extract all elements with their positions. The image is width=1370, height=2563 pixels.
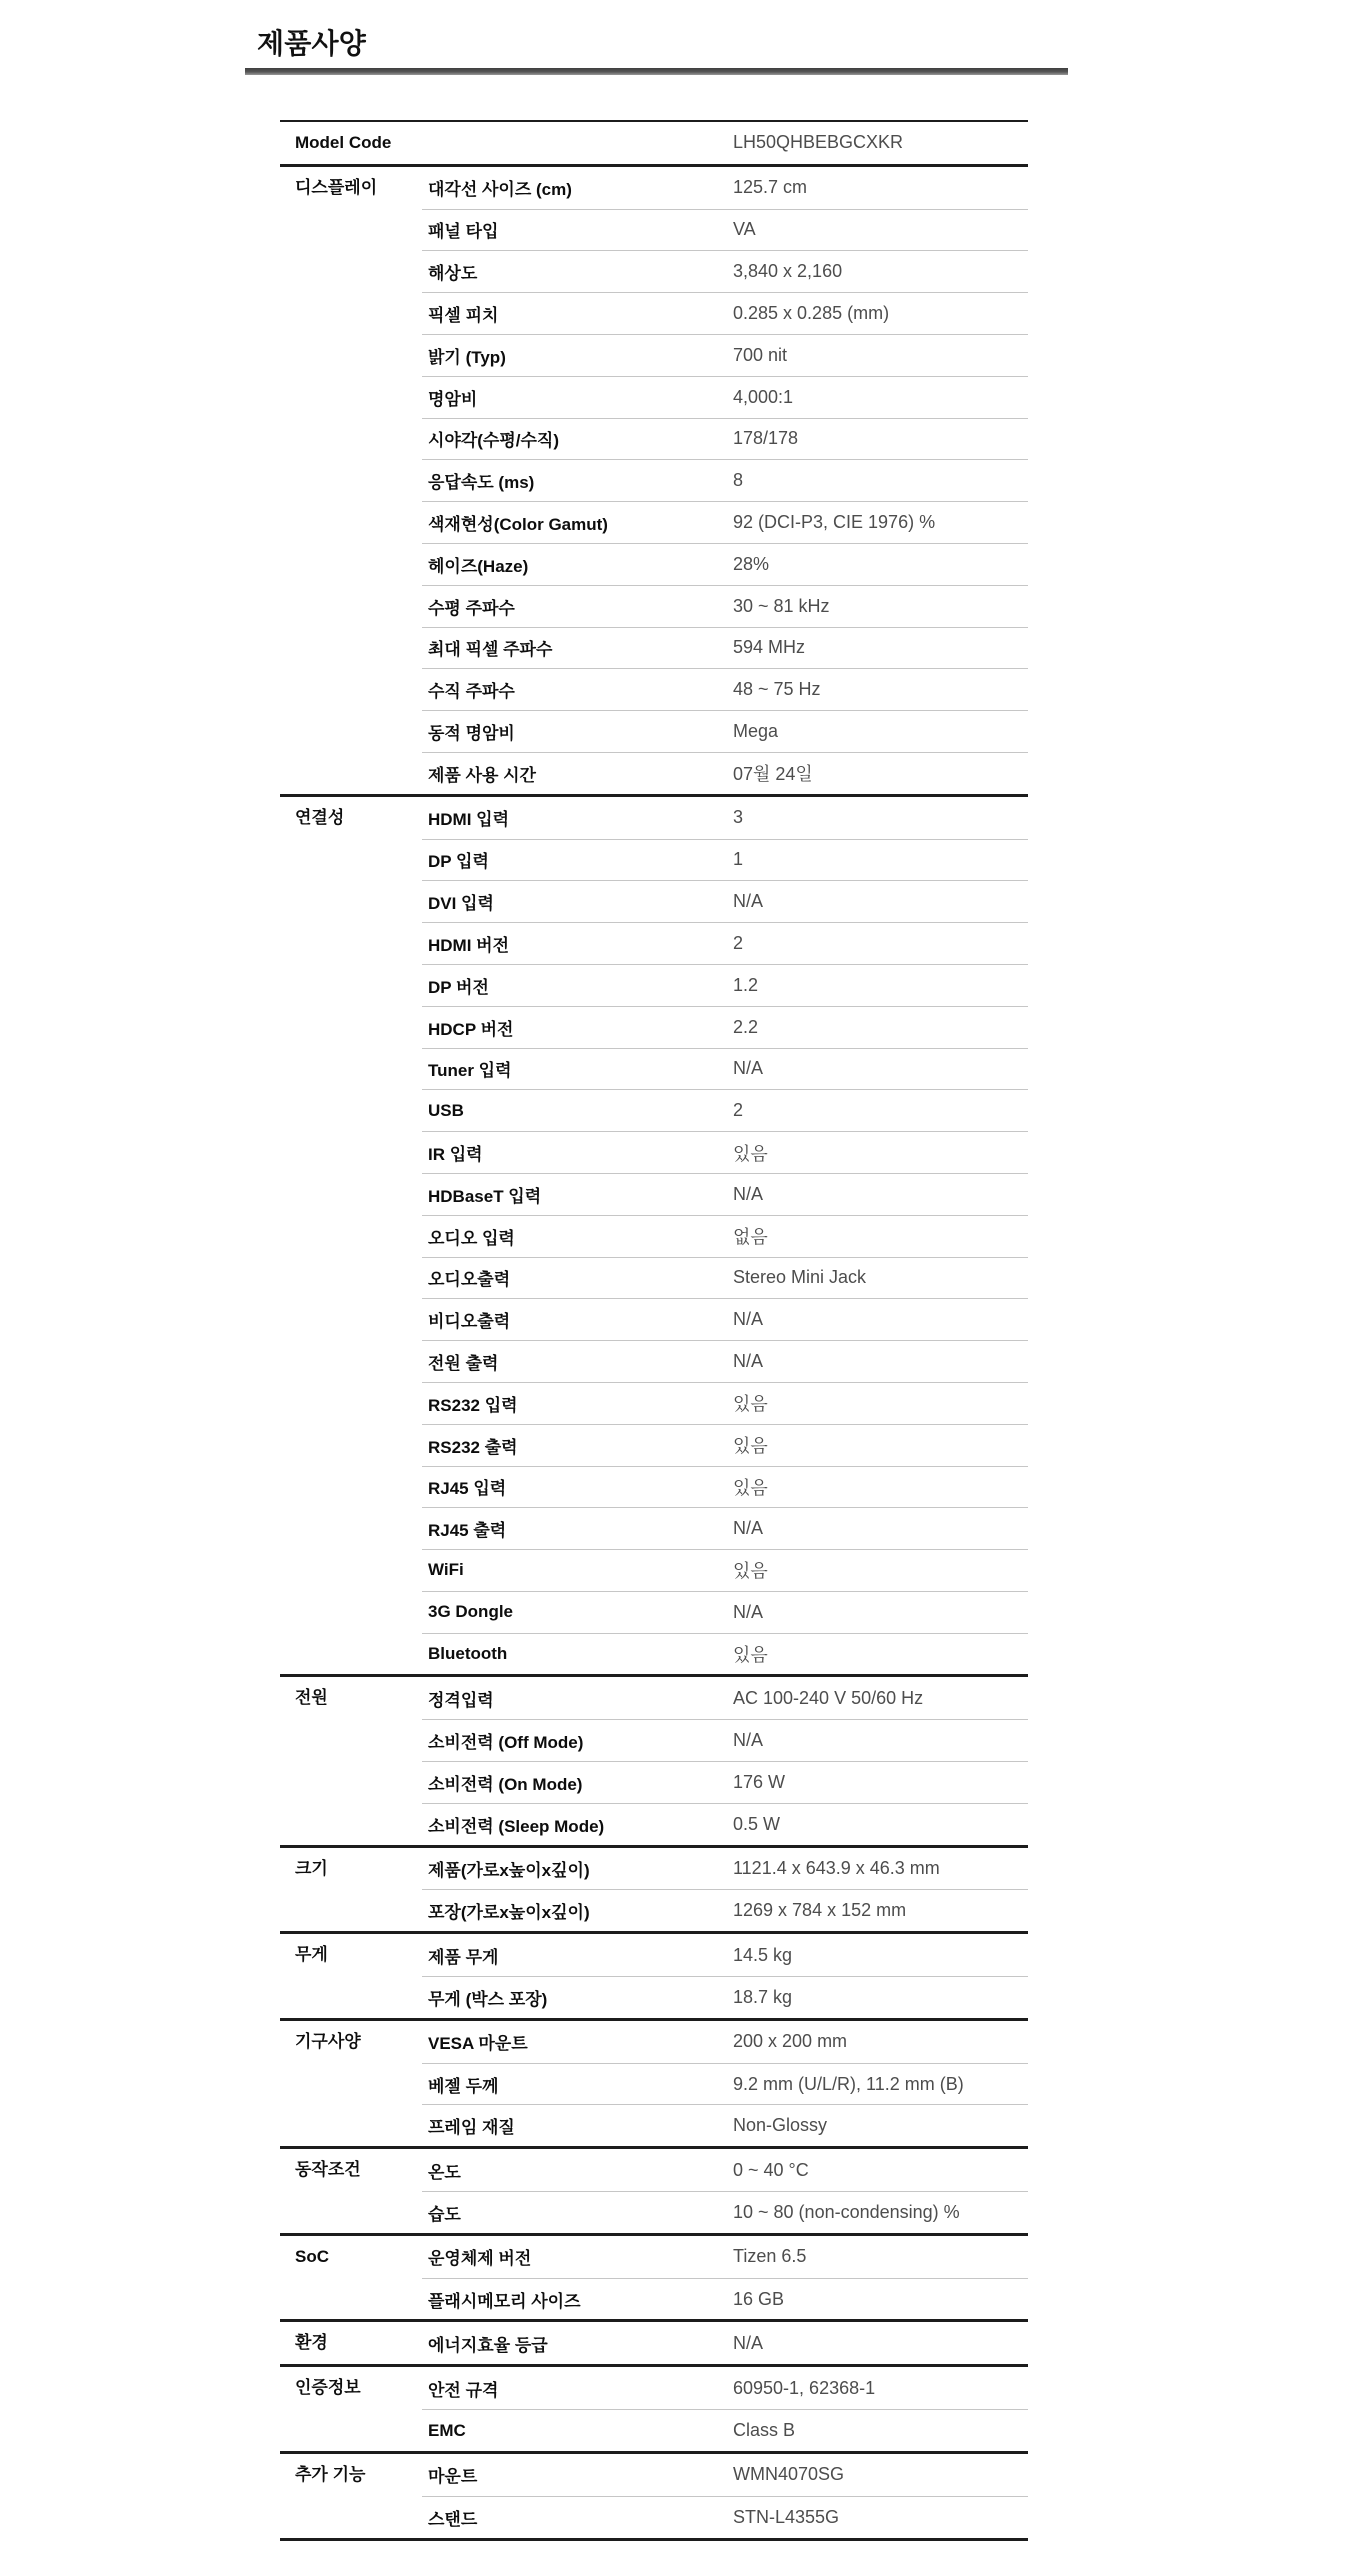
model-code-label: Model Code: [280, 133, 733, 153]
spec-label: 헤이즈(Haze): [422, 552, 733, 577]
spec-row: 패널 타입 VA: [422, 209, 1028, 251]
spec-section: 전원 정격입력 AC 100-240 V 50/60 Hz 소비전력 (Off …: [280, 1674, 1028, 1844]
spec-value: VA: [733, 219, 756, 240]
spec-value: N/A: [733, 1518, 763, 1539]
spec-label: 포장(가로x높이x깊이): [422, 1898, 733, 1923]
spec-label: 시야각(수평/수직): [422, 426, 733, 451]
section-rows: 에너지효율 등급 N/A: [422, 2322, 1028, 2364]
spec-value: 178/178: [733, 428, 798, 449]
spec-value: 176 W: [733, 1772, 785, 1793]
spec-row: 동적 명암비 Mega: [422, 710, 1028, 752]
spec-label: 3G Dongle: [422, 1602, 733, 1622]
spec-row: 수평 주파수 30 ~ 81 kHz: [422, 585, 1028, 627]
spec-label: 플래시메모리 사이즈: [422, 2287, 733, 2312]
spec-value: AC 100-240 V 50/60 Hz: [733, 1688, 923, 1709]
spec-row: 에너지효율 등급 N/A: [422, 2322, 1028, 2364]
spec-value: 1: [733, 849, 743, 870]
spec-label: RJ45 입력: [422, 1474, 733, 1499]
spec-label: 오디오출력: [422, 1265, 733, 1290]
spec-table: Model Code LH50QHBEBGCXKR 디스플레이 대각선 사이즈 …: [280, 120, 1028, 2541]
spec-label: RJ45 출력: [422, 1516, 733, 1541]
spec-value: 2: [733, 933, 743, 954]
section-category: 인증정보: [280, 2367, 422, 2451]
spec-label: 안전 규격: [422, 2376, 733, 2401]
section-category: 동작조건: [280, 2149, 422, 2233]
spec-row: 명암비 4,000:1: [422, 376, 1028, 418]
spec-value: 3,840 x 2,160: [733, 261, 842, 282]
section-category: 추가 기능: [280, 2454, 422, 2538]
spec-section: 추가 기능 마운트 WMN4070SG 스탠드 STN-L4355G: [280, 2451, 1028, 2538]
spec-row: DP 버전 1.2: [422, 964, 1028, 1006]
spec-label: 스탠드: [422, 2505, 733, 2530]
spec-row: 시야각(수평/수직) 178/178: [422, 418, 1028, 460]
spec-label: RS232 출력: [422, 1433, 733, 1458]
spec-label: 전원 출력: [422, 1349, 733, 1374]
spec-label: DP 버전: [422, 973, 733, 998]
section-category: 연결성: [280, 797, 422, 1675]
spec-label: 소비전력 (On Mode): [422, 1770, 733, 1795]
spec-row: HDCP 버전 2.2: [422, 1006, 1028, 1048]
spec-label: 무게 (박스 포장): [422, 1985, 733, 2010]
spec-value: 없음: [733, 1223, 768, 1249]
spec-row: 오디오출력 Stereo Mini Jack: [422, 1257, 1028, 1299]
spec-label: 비디오출력: [422, 1307, 733, 1332]
page-title: 제품사양: [257, 28, 366, 60]
spec-row: EMC Class B: [422, 2409, 1028, 2451]
model-code-row: Model Code LH50QHBEBGCXKR: [280, 122, 1028, 164]
section-rows: HDMI 입력 3 DP 입력 1 DVI 입력 N/A HDMI 버전 2 D…: [422, 797, 1028, 1675]
spec-label: 패널 타입: [422, 217, 733, 242]
spec-value: 0 ~ 40 °C: [733, 2160, 809, 2181]
spec-row: 소비전력 (On Mode) 176 W: [422, 1761, 1028, 1803]
spec-row: 픽셀 피치 0.285 x 0.285 (mm): [422, 292, 1028, 334]
spec-label: 운영체제 버전: [422, 2244, 733, 2269]
spec-value: Mega: [733, 721, 778, 742]
spec-label: HDMI 버전: [422, 931, 733, 956]
section-rows: 대각선 사이즈 (cm) 125.7 cm 패널 타입 VA 해상도 3,840…: [422, 167, 1028, 794]
spec-row: RJ45 출력 N/A: [422, 1507, 1028, 1549]
spec-row: 마운트 WMN4070SG: [422, 2454, 1028, 2496]
spec-label: 수평 주파수: [422, 594, 733, 619]
spec-row: 제품 무게 14.5 kg: [422, 1934, 1028, 1976]
spec-row: 헤이즈(Haze) 28%: [422, 543, 1028, 585]
spec-section: 인증정보 안전 규격 60950-1, 62368-1 EMC Class B: [280, 2364, 1028, 2451]
spec-row: 안전 규격 60950-1, 62368-1: [422, 2367, 1028, 2409]
spec-value: 200 x 200 mm: [733, 2031, 847, 2052]
spec-sections: 디스플레이 대각선 사이즈 (cm) 125.7 cm 패널 타입 VA 해상도…: [280, 164, 1028, 2538]
spec-value: N/A: [733, 1602, 763, 1623]
spec-label: 제품(가로x높이x깊이): [422, 1856, 733, 1881]
section-rows: VESA 마운트 200 x 200 mm 베젤 두께 9.2 mm (U/L/…: [422, 2021, 1028, 2146]
spec-label: DVI 입력: [422, 889, 733, 914]
spec-value: 1.2: [733, 975, 758, 996]
spec-value: 2.2: [733, 1017, 758, 1038]
spec-row: 수직 주파수 48 ~ 75 Hz: [422, 668, 1028, 710]
model-code-value: LH50QHBEBGCXKR: [733, 132, 903, 153]
spec-row: 밝기 (Typ) 700 nit: [422, 334, 1028, 376]
spec-label: Bluetooth: [422, 1644, 733, 1664]
spec-label: 프레임 재질: [422, 2113, 733, 2138]
spec-row: WiFi 있음: [422, 1549, 1028, 1591]
spec-label: HDBaseT 입력: [422, 1182, 733, 1207]
spec-row: 포장(가로x높이x깊이) 1269 x 784 x 152 mm: [422, 1889, 1028, 1931]
section-category: 디스플레이: [280, 167, 422, 794]
spec-value: 07월 24일: [733, 760, 813, 786]
section-rows: 마운트 WMN4070SG 스탠드 STN-L4355G: [422, 2454, 1028, 2538]
spec-section: 기구사양 VESA 마운트 200 x 200 mm 베젤 두께 9.2 mm …: [280, 2018, 1028, 2146]
spec-row: VESA 마운트 200 x 200 mm: [422, 2021, 1028, 2063]
spec-value: 92 (DCI-P3, CIE 1976) %: [733, 512, 935, 533]
spec-label: 소비전력 (Sleep Mode): [422, 1812, 733, 1837]
section-category: 전원: [280, 1677, 422, 1844]
spec-section: 디스플레이 대각선 사이즈 (cm) 125.7 cm 패널 타입 VA 해상도…: [280, 164, 1028, 794]
section-category: SoC: [280, 2236, 422, 2320]
spec-label: 에너지효율 등급: [422, 2331, 733, 2356]
spec-value: Class B: [733, 2420, 795, 2441]
spec-value: 48 ~ 75 Hz: [733, 679, 821, 700]
spec-section: 연결성 HDMI 입력 3 DP 입력 1 DVI 입력 N/A HDMI 버전…: [280, 794, 1028, 1675]
spec-label: USB: [422, 1101, 733, 1121]
spec-row: 플래시메모리 사이즈 16 GB: [422, 2278, 1028, 2320]
spec-value: 있음: [733, 1557, 768, 1583]
spec-label: 소비전력 (Off Mode): [422, 1728, 733, 1753]
spec-row: 소비전력 (Off Mode) N/A: [422, 1719, 1028, 1761]
spec-value: N/A: [733, 1309, 763, 1330]
spec-value: 18.7 kg: [733, 1987, 792, 2008]
spec-label: IR 입력: [422, 1140, 733, 1165]
spec-value: 4,000:1: [733, 387, 793, 408]
spec-value: 있음: [733, 1140, 768, 1166]
spec-row: 최대 픽셀 주파수 594 MHz: [422, 627, 1028, 669]
spec-label: VESA 마운트: [422, 2029, 733, 2054]
spec-row: 오디오 입력 없음: [422, 1215, 1028, 1257]
spec-row: 프레임 재질 Non-Glossy: [422, 2104, 1028, 2146]
spec-row: DP 입력 1: [422, 839, 1028, 881]
spec-value: 14.5 kg: [733, 1945, 792, 1966]
spec-label: 최대 픽셀 주파수: [422, 635, 733, 660]
section-category: 무게: [280, 1934, 422, 2018]
spec-row: DVI 입력 N/A: [422, 880, 1028, 922]
spec-label: HDCP 버전: [422, 1015, 733, 1040]
spec-row: 응답속도 (ms) 8: [422, 459, 1028, 501]
spec-label: 밝기 (Typ): [422, 343, 733, 368]
spec-value: 10 ~ 80 (non-condensing) %: [733, 2202, 960, 2223]
spec-row: 소비전력 (Sleep Mode) 0.5 W: [422, 1803, 1028, 1845]
spec-value: N/A: [733, 1730, 763, 1751]
spec-label: 습도: [422, 2200, 733, 2225]
spec-label: 제품 무게: [422, 1943, 733, 1968]
spec-row: 대각선 사이즈 (cm) 125.7 cm: [422, 167, 1028, 209]
spec-label: 명암비: [422, 385, 733, 410]
spec-row: 제품 사용 시간 07월 24일: [422, 752, 1028, 794]
spec-row: IR 입력 있음: [422, 1131, 1028, 1173]
spec-value: 700 nit: [733, 345, 787, 366]
spec-label: 수직 주파수: [422, 677, 733, 702]
spec-value: N/A: [733, 2333, 763, 2354]
section-rows: 제품(가로x높이x깊이) 1121.4 x 643.9 x 46.3 mm 포장…: [422, 1848, 1028, 1932]
spec-label: 응답속도 (ms): [422, 468, 733, 493]
spec-row: 전원 출력 N/A: [422, 1340, 1028, 1382]
section-category: 기구사양: [280, 2021, 422, 2146]
spec-value: Non-Glossy: [733, 2115, 827, 2136]
spec-label: 온도: [422, 2158, 733, 2183]
spec-row: 스탠드 STN-L4355G: [422, 2496, 1028, 2538]
spec-value: 1269 x 784 x 152 mm: [733, 1900, 906, 1921]
spec-row: 무게 (박스 포장) 18.7 kg: [422, 1976, 1028, 2018]
spec-value: 28%: [733, 554, 769, 575]
spec-label: 베젤 두께: [422, 2072, 733, 2097]
spec-value: 있음: [733, 1474, 768, 1500]
spec-row: 3G Dongle N/A: [422, 1591, 1028, 1633]
spec-value: N/A: [733, 1351, 763, 1372]
spec-label: WiFi: [422, 1560, 733, 1580]
section-category: 환경: [280, 2322, 422, 2364]
spec-row: RS232 입력 있음: [422, 1382, 1028, 1424]
spec-section: 크기 제품(가로x높이x깊이) 1121.4 x 643.9 x 46.3 mm…: [280, 1845, 1028, 1932]
section-rows: 정격입력 AC 100-240 V 50/60 Hz 소비전력 (Off Mod…: [422, 1677, 1028, 1844]
spec-value: N/A: [733, 1058, 763, 1079]
title-underline: [245, 68, 1068, 75]
spec-value: 2: [733, 1100, 743, 1121]
spec-value: 있음: [733, 1641, 768, 1667]
spec-value: 9.2 mm (U/L/R), 11.2 mm (B): [733, 2074, 964, 2095]
spec-value: 있음: [733, 1432, 768, 1458]
section-rows: 온도 0 ~ 40 °C 습도 10 ~ 80 (non-condensing)…: [422, 2149, 1028, 2233]
spec-value: N/A: [733, 1184, 763, 1205]
spec-label: 제품 사용 시간: [422, 761, 733, 786]
spec-section: 동작조건 온도 0 ~ 40 °C 습도 10 ~ 80 (non-conden…: [280, 2146, 1028, 2233]
section-rows: 운영체제 버전 Tizen 6.5 플래시메모리 사이즈 16 GB: [422, 2236, 1028, 2320]
spec-value: 1121.4 x 643.9 x 46.3 mm: [733, 1858, 940, 1879]
spec-value: 8: [733, 470, 743, 491]
spec-row: USB 2: [422, 1089, 1028, 1131]
spec-row: RS232 출력 있음: [422, 1424, 1028, 1466]
spec-row: Bluetooth 있음: [422, 1633, 1028, 1675]
spec-row: RJ45 입력 있음: [422, 1466, 1028, 1508]
spec-row: HDMI 입력 3: [422, 797, 1028, 839]
spec-row: 온도 0 ~ 40 °C: [422, 2149, 1028, 2191]
spec-section: 무게 제품 무게 14.5 kg 무게 (박스 포장) 18.7 kg: [280, 1931, 1028, 2018]
spec-row: 제품(가로x높이x깊이) 1121.4 x 643.9 x 46.3 mm: [422, 1848, 1028, 1890]
spec-row: 해상도 3,840 x 2,160: [422, 250, 1028, 292]
spec-row: 습도 10 ~ 80 (non-condensing) %: [422, 2191, 1028, 2233]
spec-row: 정격입력 AC 100-240 V 50/60 Hz: [422, 1677, 1028, 1719]
spec-label: DP 입력: [422, 847, 733, 872]
spec-value: 3: [733, 807, 743, 828]
spec-label: Tuner 입력: [422, 1056, 733, 1081]
spec-label: 정격입력: [422, 1686, 733, 1711]
spec-value: Stereo Mini Jack: [733, 1267, 866, 1288]
section-category: 크기: [280, 1848, 422, 1932]
spec-value: 16 GB: [733, 2289, 784, 2310]
spec-label: 대각선 사이즈 (cm): [422, 175, 733, 200]
spec-label: 오디오 입력: [422, 1224, 733, 1249]
spec-label: EMC: [422, 2421, 733, 2441]
spec-label: 픽셀 피치: [422, 301, 733, 326]
spec-row: Tuner 입력 N/A: [422, 1048, 1028, 1090]
spec-value: WMN4070SG: [733, 2464, 844, 2485]
section-rows: 안전 규격 60950-1, 62368-1 EMC Class B: [422, 2367, 1028, 2451]
spec-section: 환경 에너지효율 등급 N/A: [280, 2319, 1028, 2364]
spec-row: 비디오출력 N/A: [422, 1298, 1028, 1340]
spec-value: 594 MHz: [733, 637, 805, 658]
spec-label: RS232 입력: [422, 1391, 733, 1416]
spec-label: 동적 명암비: [422, 719, 733, 744]
spec-value: Tizen 6.5: [733, 2246, 806, 2267]
section-rows: 제품 무게 14.5 kg 무게 (박스 포장) 18.7 kg: [422, 1934, 1028, 2018]
spec-label: 색재현성(Color Gamut): [422, 510, 733, 535]
spec-row: 운영체제 버전 Tizen 6.5: [422, 2236, 1028, 2278]
spec-section: SoC 운영체제 버전 Tizen 6.5 플래시메모리 사이즈 16 GB: [280, 2233, 1028, 2320]
spec-label: 마운트: [422, 2462, 733, 2487]
spec-label: 해상도: [422, 259, 733, 284]
spec-value: 60950-1, 62368-1: [733, 2378, 875, 2399]
spec-value: 있음: [733, 1390, 768, 1416]
spec-row: HDBaseT 입력 N/A: [422, 1173, 1028, 1215]
spec-label: HDMI 입력: [422, 805, 733, 830]
spec-value: 0.285 x 0.285 (mm): [733, 303, 889, 324]
spec-value: STN-L4355G: [733, 2507, 839, 2528]
spec-value: 125.7 cm: [733, 177, 807, 198]
spec-value: 30 ~ 81 kHz: [733, 596, 830, 617]
spec-row: 색재현성(Color Gamut) 92 (DCI-P3, CIE 1976) …: [422, 501, 1028, 543]
spec-row: HDMI 버전 2: [422, 922, 1028, 964]
spec-value: N/A: [733, 891, 763, 912]
spec-value: 0.5 W: [733, 1814, 780, 1835]
spec-row: 베젤 두께 9.2 mm (U/L/R), 11.2 mm (B): [422, 2063, 1028, 2105]
